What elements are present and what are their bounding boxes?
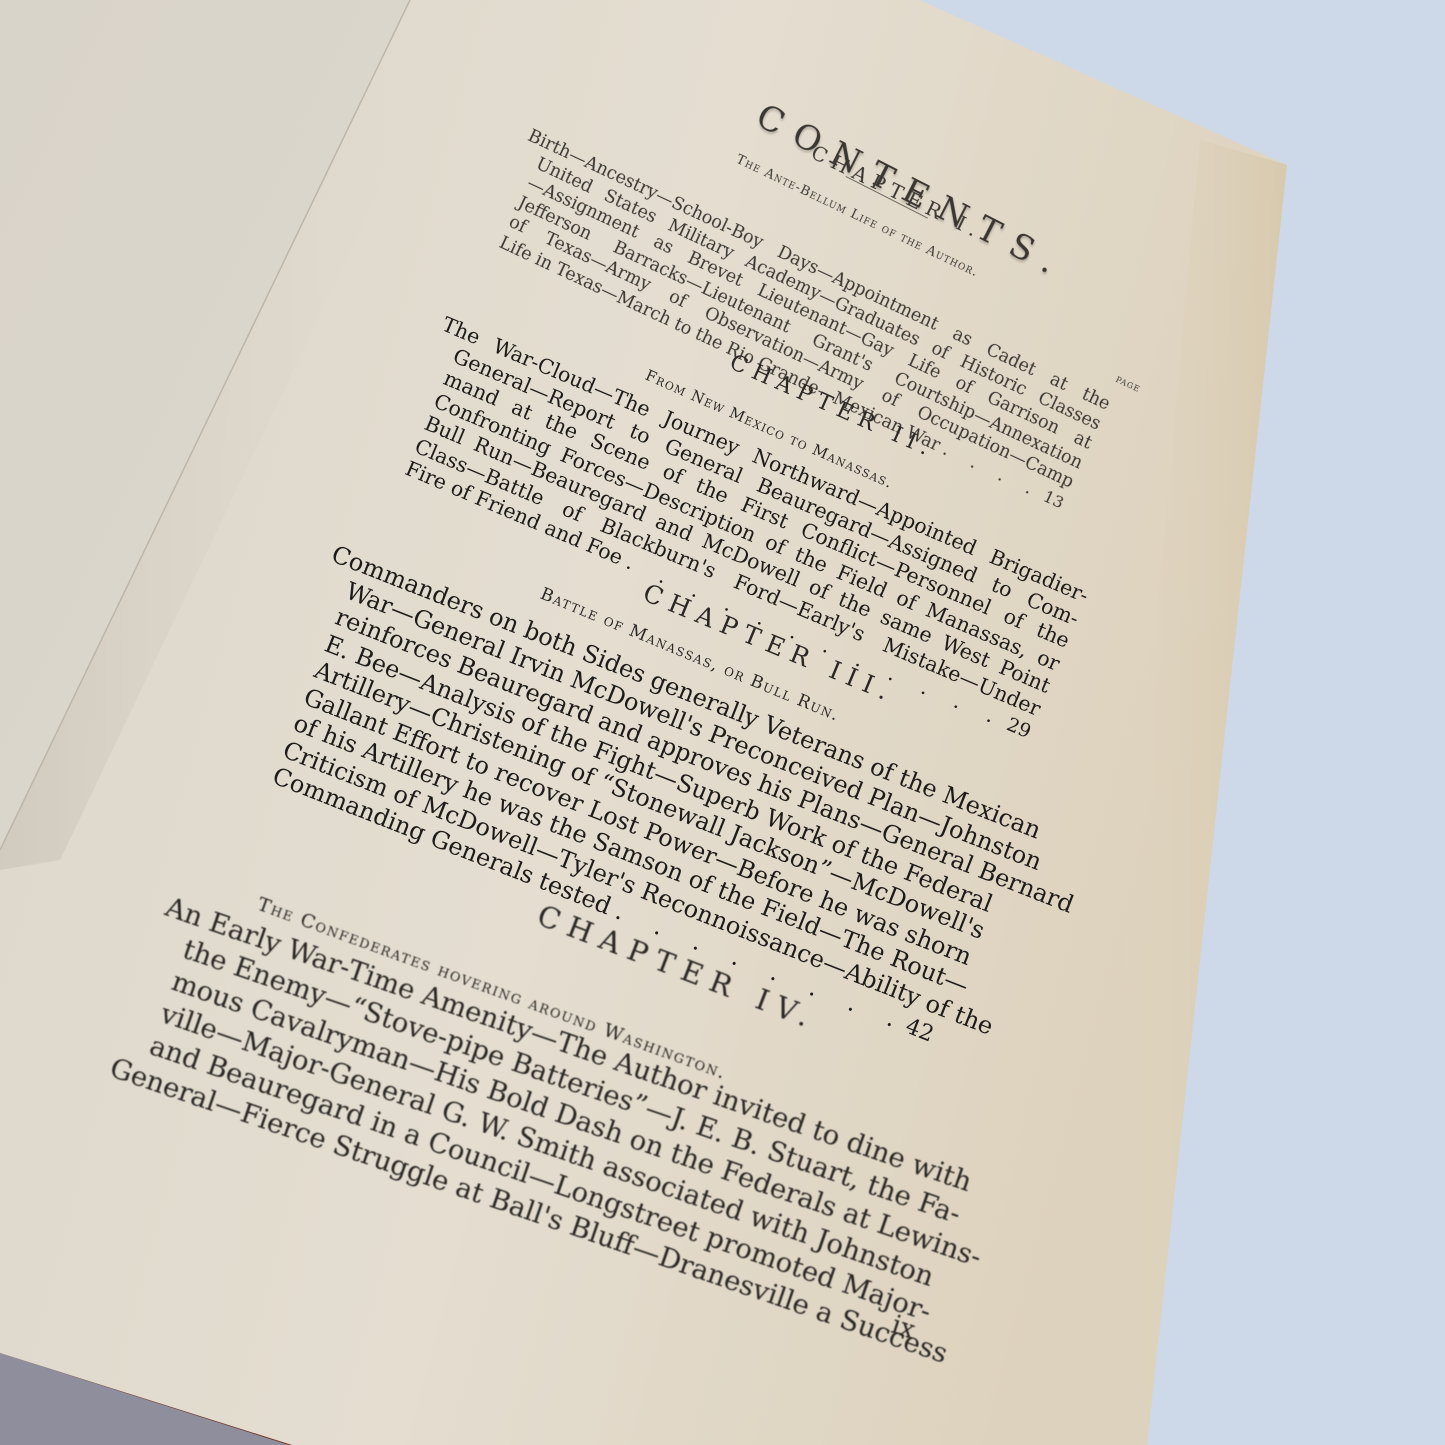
contents-page: CONTENTS. PAGE CHAPTER I. The Ante-Bellu…: [0, 0, 1445, 1445]
page-column-label: PAGE: [1114, 375, 1141, 394]
